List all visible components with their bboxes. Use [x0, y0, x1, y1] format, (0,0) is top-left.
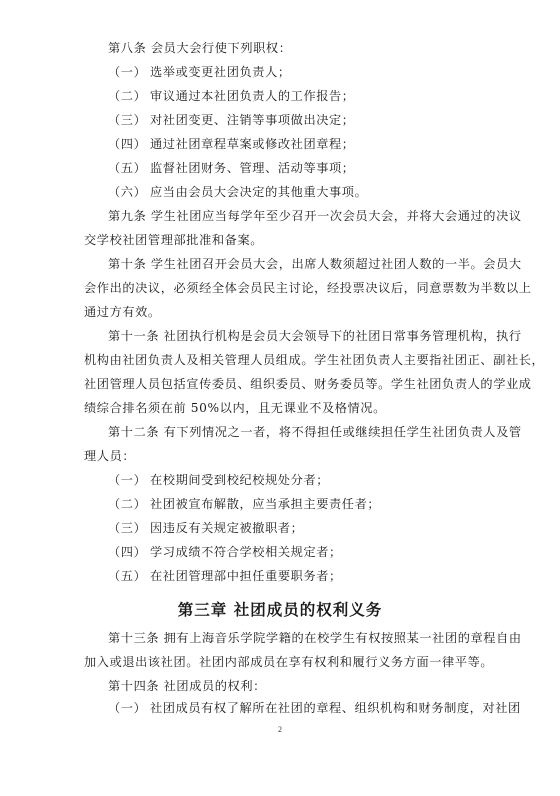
article-12-line: 第十二条 有下列情况之一者，将不得担任或继续担任学生社团负责人及管 — [108, 424, 522, 440]
article-13-line: 加入或退出该社团。社团内部成员在享有权利和履行义务方面一律平等。 — [84, 654, 493, 670]
article-10-line: 第十条 学生社团召开会员大会，出席人数须超过社团人数的一半。会员大 — [108, 256, 522, 272]
article-14-item: （一）社团成员有权了解所在社团的章程、组织机构和财务制度，对社团 — [108, 700, 521, 716]
item-number: （五） — [108, 568, 150, 584]
item-text: 审议通过本社团负责人的工作报告； — [150, 89, 355, 103]
article-8-item: （四）通过社团章程草案或修改社团章程； — [108, 136, 355, 152]
article-12-item: （一）在校期间受到校纪校规处分者； — [108, 472, 329, 488]
article-12-item: （五）在社团管理部中担任重要职务者； — [108, 568, 342, 584]
item-number: （六） — [108, 184, 150, 200]
item-text: 学习成绩不符合学校相关规定者； — [150, 545, 342, 559]
item-text: 社团被宣布解散，应当承担主要责任者； — [150, 497, 380, 511]
item-number: （三） — [108, 520, 150, 536]
item-number: （一） — [108, 64, 150, 80]
article-11-line: 绩综合排名须在前 50%以内，且无课业不及格情况。 — [84, 400, 386, 416]
item-text: 在社团管理部中担任重要职务者； — [150, 569, 342, 583]
page-number: 2 — [0, 725, 560, 734]
item-text: 选举或变更社团负责人； — [150, 65, 291, 79]
item-text: 通过社团章程草案或修改社团章程； — [150, 137, 355, 151]
article-8-item: （六）应当由会员大会决定的其他重大事项。 — [108, 184, 367, 200]
article-14-heading: 第十四条 社团成员的权利： — [108, 678, 266, 694]
article-11-line: 社团管理人员包括宣传委员、组织委员、财务委员等。学生社团负责人的学业成 — [84, 376, 532, 392]
item-text: 社团成员有权了解所在社团的章程、组织机构和财务制度，对社团 — [150, 701, 521, 715]
item-number: （四） — [108, 136, 150, 152]
item-text: 对社团变更、注销等事项做出决定； — [150, 113, 355, 127]
article-10-line: 会作出的决议，必须经全体会员民主讨论，经投票决议后，同意票数为半数以上 — [84, 280, 532, 296]
article-10-line: 通过方有效。 — [84, 304, 161, 320]
article-9-line: 第九条 学生社团应当每学年至少召开一次会员大会，并将大会通过的决议 — [108, 208, 522, 224]
article-9-line: 交学校社团管理部批准和备案。 — [84, 232, 263, 248]
article-11-line: 第十一条 社团执行机构是会员大会领导下的社团日常事务管理机构，执行 — [108, 328, 522, 344]
article-8-item: （一）选举或变更社团负责人； — [108, 64, 291, 80]
article-11-line: 机构由社团负责人及相关管理人员组成。学生社团负责人主要指社团正、副社长， — [84, 352, 544, 368]
article-12-item: （四）学习成绩不符合学校相关规定者； — [108, 544, 342, 560]
article-8-item: （二）审议通过本社团负责人的工作报告； — [108, 88, 355, 104]
item-number: （二） — [108, 496, 150, 512]
item-number: （一） — [108, 700, 150, 716]
item-number: （五） — [108, 160, 150, 176]
article-12-item: （二）社团被宣布解散，应当承担主要责任者； — [108, 496, 380, 512]
item-text: 监督社团财务、管理、活动等事项； — [150, 161, 355, 175]
item-text: 在校期间受到校纪校规处分者； — [150, 473, 329, 487]
article-12-item: （三）因违反有关规定被撤职者； — [108, 520, 303, 536]
item-number: （三） — [108, 112, 150, 128]
item-number: （四） — [108, 544, 150, 560]
document-page: 第八条 会员大会行使下列职权： （一）选举或变更社团负责人； （二）审议通过本社… — [0, 0, 560, 796]
article-12-line: 理人员： — [84, 448, 135, 464]
item-number: （二） — [108, 88, 150, 104]
item-number: （一） — [108, 472, 150, 488]
chapter-title: 第三章 社团成员的权利义务 — [0, 598, 560, 620]
article-13-line: 第十三条 拥有上海音乐学院学籍的在校学生有权按照某一社团的章程自由 — [108, 630, 522, 646]
item-text: 应当由会员大会决定的其他重大事项。 — [150, 185, 367, 199]
article-8-heading: 第八条 会员大会行使下列职权： — [108, 40, 292, 56]
article-8-item: （三）对社团变更、注销等事项做出决定； — [108, 112, 355, 128]
article-8-item: （五）监督社团财务、管理、活动等事项； — [108, 160, 355, 176]
item-text: 因违反有关规定被撤职者； — [150, 521, 303, 535]
